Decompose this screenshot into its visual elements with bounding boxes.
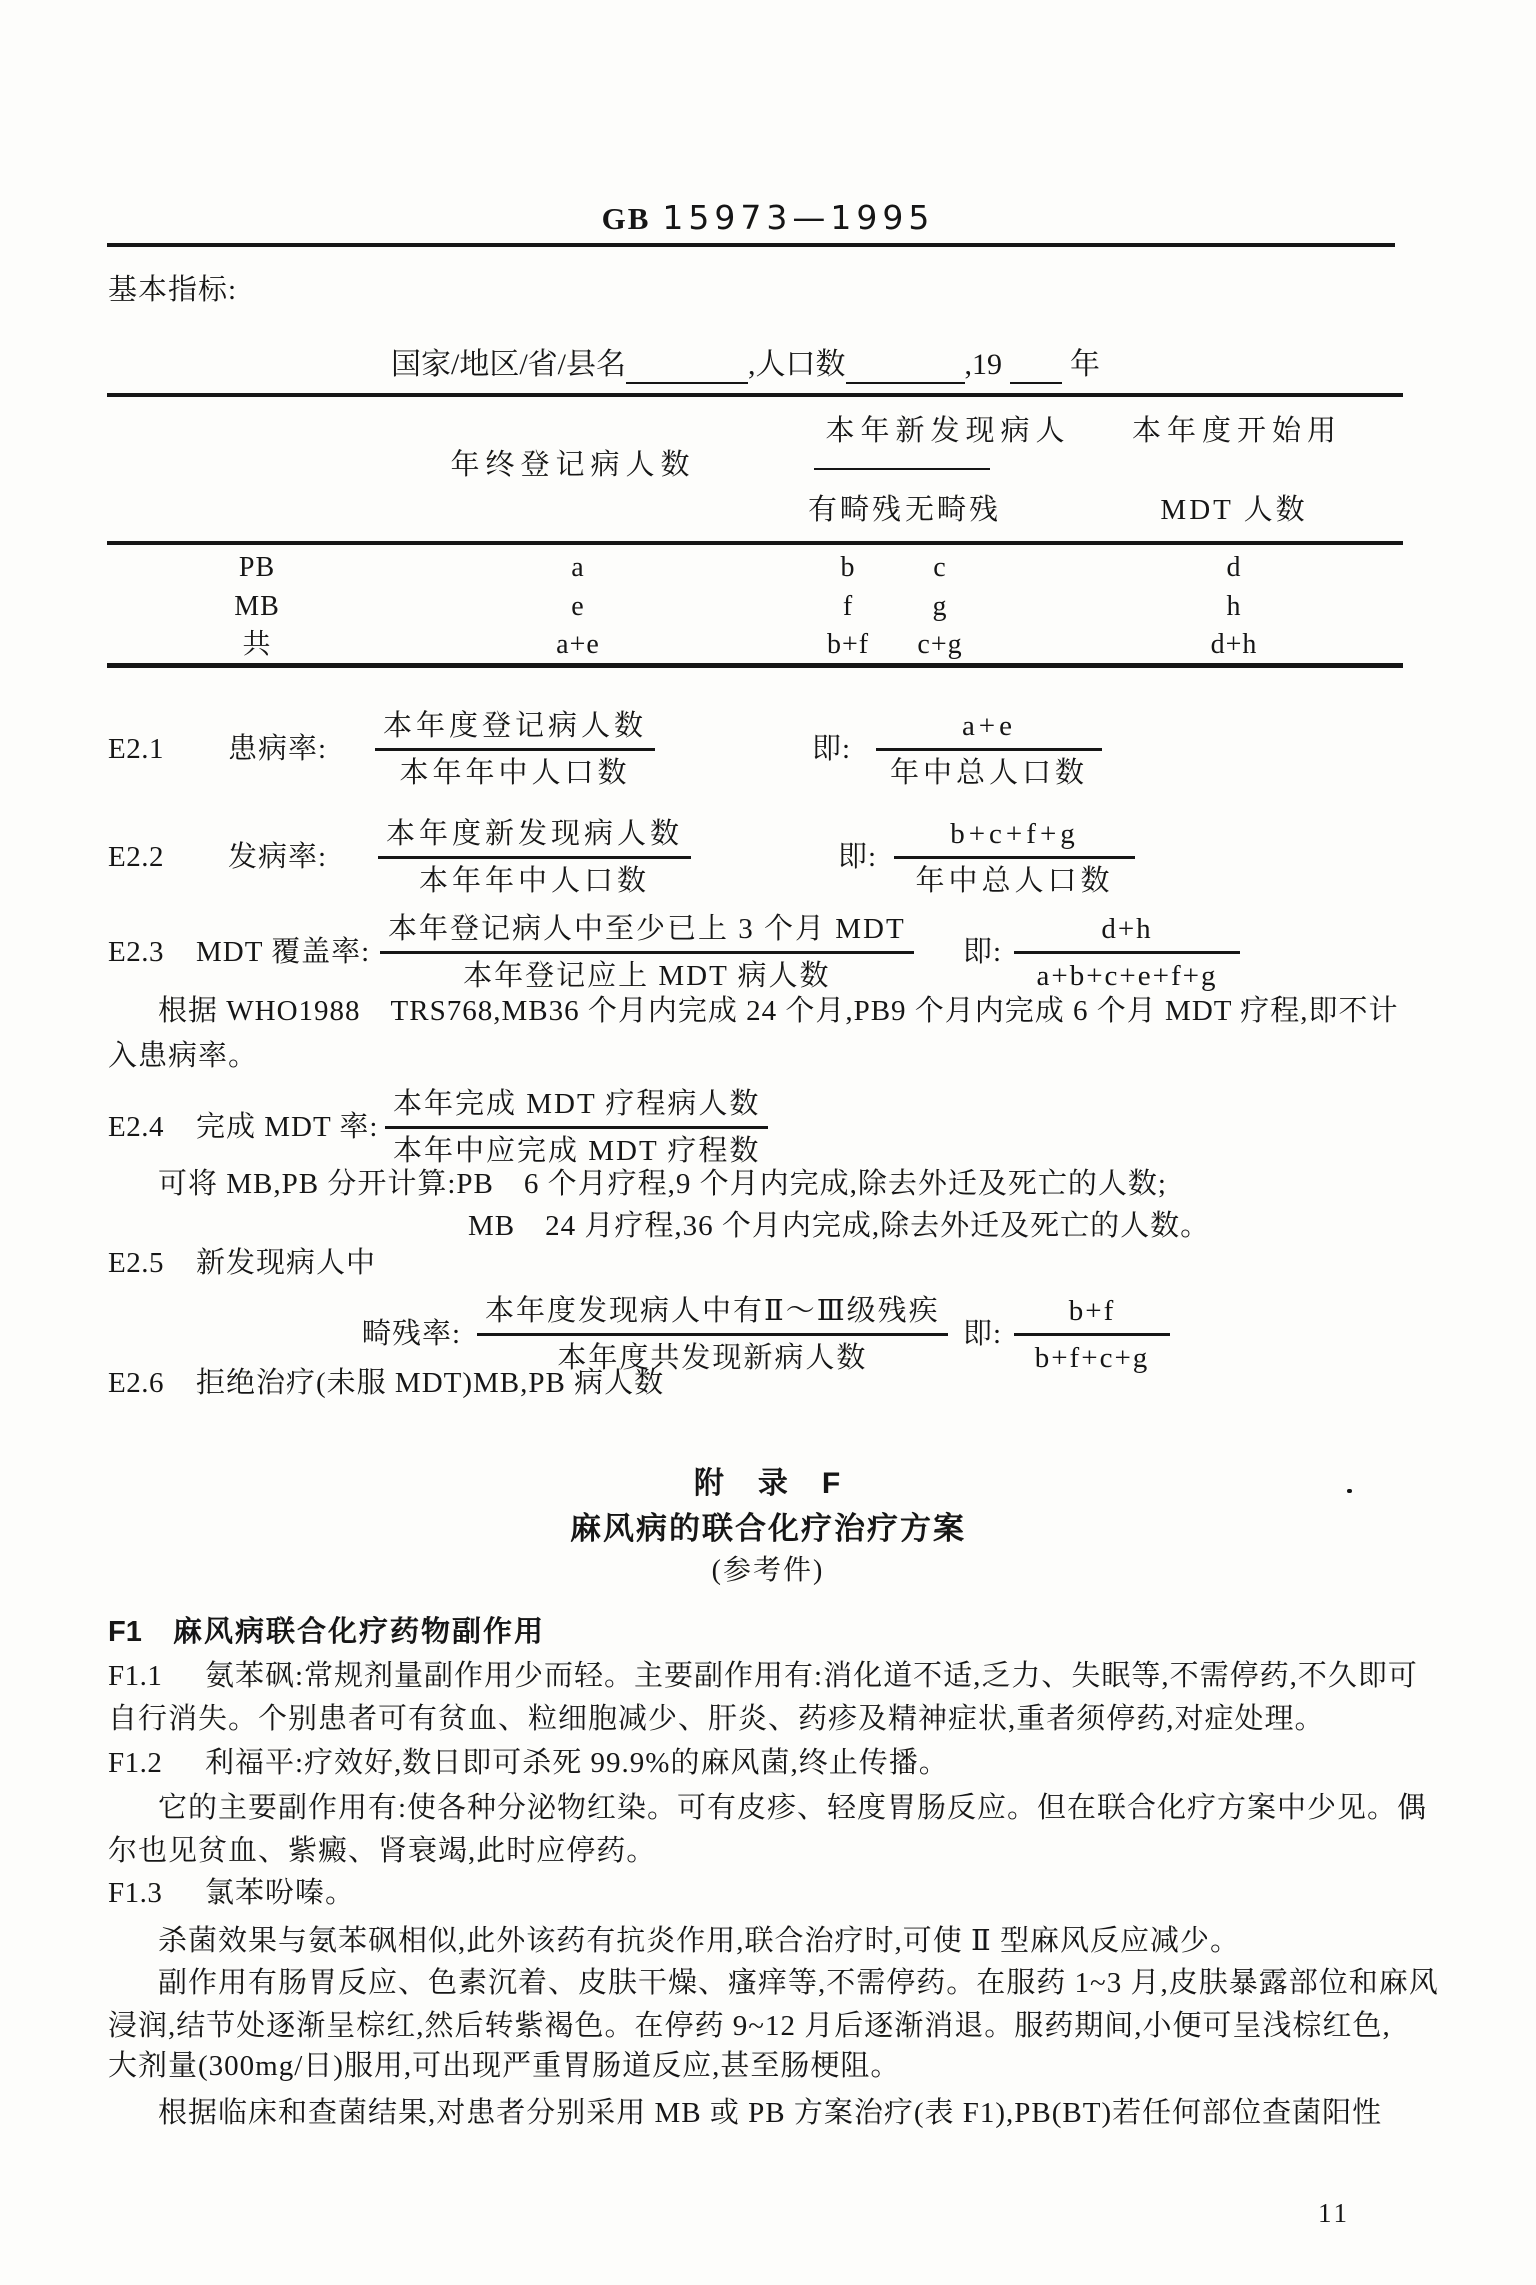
fraction-definition: 本年完成 MDT 疗程病人数 本年中应完成 MDT 疗程数 xyxy=(385,1086,768,1169)
formula-name: 畸残率: xyxy=(362,1316,461,1352)
blank-underline-population xyxy=(846,350,965,384)
standard-code: GB15973—1995 xyxy=(0,198,1536,237)
table-header-rule xyxy=(107,541,1403,545)
table-title-year-prefix: ,19 xyxy=(965,348,1003,381)
fraction-numerator: a+e xyxy=(876,708,1102,751)
table-bottom-rule xyxy=(107,663,1403,668)
fraction-denominator: 本年中应完成 MDT 疗程数 xyxy=(393,1129,760,1169)
blank-underline-year xyxy=(1010,350,1062,384)
fraction-definition: 本年度新发现病人数 本年年中人口数 xyxy=(378,816,691,899)
mdt-note-line2: MB 24 月疗程,36 个月内完成,除去外迁及死亡的人数。 xyxy=(468,1208,1210,1244)
cell-mdt: h xyxy=(1227,590,1242,624)
fraction-denominator: b+f+c+g xyxy=(1035,1336,1150,1376)
paragraph-text: 浸润,结节处逐渐呈棕红,然后转紫褐色。在停药 9~12 月后逐渐消退。服药期间,… xyxy=(108,2008,1391,2044)
fraction-numerator: 本年度新发现病人数 xyxy=(378,816,691,859)
cell-not-disabled: g xyxy=(933,590,948,624)
paragraph-text: 氨苯砜:常规剂量副作用少而轻。主要副作用有:消化道不适,乏力、失眠等,不需停药,… xyxy=(205,1658,1418,1694)
table-title-year: 年 xyxy=(1070,348,1100,381)
section-id: E2.1 xyxy=(108,731,164,767)
col-header-mdt-start: 本年度开始用 xyxy=(1132,413,1342,449)
who-note-line1: 根据 WHO1988 TRS768,MB36 个月内完成 24 个月,PB9 个… xyxy=(158,993,1398,1029)
table-title-population: ,人口数 xyxy=(748,348,846,381)
paragraph-text: 杀菌效果与氨苯砜相似,此外该药有抗炎作用,联合治疗时,可使 Ⅱ 型麻风反应减少。 xyxy=(158,1923,1240,1959)
ie-label: 即: xyxy=(963,934,1002,970)
fraction-denominator: 本年年中人口数 xyxy=(419,859,650,899)
paragraph-label: F1.1 xyxy=(108,1658,162,1694)
row-label: 共 xyxy=(242,628,271,662)
fraction-numerator: 本年登记病人中至少已上 3 个月 MDT xyxy=(380,911,914,954)
cell-mdt: d xyxy=(1227,551,1242,585)
fraction-numerator: 本年度登记病人数 xyxy=(375,708,655,751)
basic-indicators-label: 基本指标: xyxy=(108,272,237,308)
cell-registered: a+e xyxy=(556,628,600,662)
fraction-denominator: 年中总人口数 xyxy=(890,751,1088,791)
fraction-definition: 本年登记病人中至少已上 3 个月 MDT 本年登记应上 MDT 病人数 xyxy=(380,911,914,994)
document-page: GB15973—1995 基本指标: 国家/地区/省/县名,人口数,19年 年终… xyxy=(0,0,1536,2285)
section-id: E2.6 xyxy=(108,1365,164,1401)
section-id: E2.2 xyxy=(108,839,164,875)
fraction-denominator: 本年登记应上 MDT 病人数 xyxy=(463,954,830,994)
paragraph-text: 尔也见贫血、紫癜、肾衰竭,此时应停药。 xyxy=(108,1833,656,1869)
col-header-not-disabled: 无畸残 xyxy=(905,492,1001,528)
row-label: PB xyxy=(239,551,275,585)
fraction-numerator: 本年完成 MDT 疗程病人数 xyxy=(385,1086,768,1129)
section-id: E2.3 xyxy=(108,934,164,970)
table-subheader-rule xyxy=(814,468,990,470)
appendix-subtitle: 麻风病的联合化疗治疗方案 xyxy=(0,1510,1536,1548)
appendix-title: 附 录 F xyxy=(0,1466,1536,1502)
cell-registered: e xyxy=(571,590,584,624)
section-title: 新发现病人中 xyxy=(196,1245,376,1281)
fraction-numerator: b+f xyxy=(1014,1293,1170,1336)
col-header-new-found: 本年新发现病人 xyxy=(825,413,1070,449)
fraction-numerator: b+c+f+g xyxy=(894,816,1135,859)
cell-disabled: b+f xyxy=(827,628,869,662)
fraction-definition: 本年度登记病人数 本年年中人口数 xyxy=(375,708,655,791)
paragraph-text: 副作用有肠胃反应、色素沉着、皮肤干燥、瘙痒等,不需停药。在服药 1~3 月,皮肤… xyxy=(158,1965,1439,2001)
table-top-rule xyxy=(107,393,1403,397)
header-rule xyxy=(107,243,1395,247)
fraction-definition: 本年度发现病人中有Ⅱ～Ⅲ级残疾 本年度共发现新病人数 xyxy=(477,1293,948,1376)
blank-underline-region xyxy=(626,350,748,384)
fraction-numerator: d+h xyxy=(1014,911,1240,954)
standard-number: 15973—1995 xyxy=(662,198,934,237)
fraction-numerator: 本年度发现病人中有Ⅱ～Ⅲ级残疾 xyxy=(477,1293,948,1336)
ie-label: 即: xyxy=(963,1316,1002,1352)
section-id: E2.4 xyxy=(108,1109,164,1145)
section-id: E2.5 xyxy=(108,1245,164,1281)
mdt-note-line1: 可将 MB,PB 分开计算:PB 6 个月疗程,9 个月内完成,除去外迁及死亡的… xyxy=(158,1166,1167,1202)
page-number: 11 xyxy=(1318,2196,1350,2230)
fraction-denominator: 本年年中人口数 xyxy=(400,751,631,791)
paragraph-text: 利福平:疗效好,数日即可杀死 99.9%的麻风菌,终止传播。 xyxy=(205,1745,949,1781)
scan-artifact-dot xyxy=(1347,1489,1352,1493)
row-label: MB xyxy=(234,590,280,624)
formula-name: 发病率: xyxy=(228,839,327,875)
formula-name: MDT 覆盖率: xyxy=(196,934,370,970)
cell-not-disabled: c xyxy=(933,551,946,585)
paragraph-text: 大剂量(300mg/日)服用,可出现严重胃肠道反应,甚至肠梗阻。 xyxy=(108,2048,900,2084)
paragraph-label: F1.2 xyxy=(108,1745,162,1781)
cell-disabled: b xyxy=(841,551,856,585)
paragraph-text: 它的主要副作用有:使各种分泌物红染。可有皮疹、轻度胃肠反应。但在联合化疗方案中少… xyxy=(158,1790,1427,1826)
appendix-note: (参考件) xyxy=(0,1553,1536,1589)
paragraph-text: 根据临床和查菌结果,对患者分别采用 MB 或 PB 方案治疗(表 F1),PB(… xyxy=(158,2095,1382,2131)
ie-label: 即: xyxy=(812,731,851,767)
fraction-symbols: b+f b+f+c+g xyxy=(1014,1293,1170,1376)
col-header-registered: 年终登记病人数 xyxy=(450,447,695,483)
cell-registered: a xyxy=(571,551,584,585)
fraction-denominator: a+b+c+e+f+g xyxy=(1036,954,1217,994)
standard-prefix: GB xyxy=(602,201,651,236)
formula-name: 完成 MDT 率: xyxy=(196,1109,378,1145)
ie-label: 即: xyxy=(838,839,877,875)
fraction-symbols: a+e 年中总人口数 xyxy=(876,708,1102,791)
heading-id: F1 xyxy=(108,1614,142,1650)
who-note-line2: 入患病率。 xyxy=(108,1038,258,1074)
table-title-region: 国家/地区/省/县名 xyxy=(391,348,626,381)
cell-mdt: d+h xyxy=(1211,628,1258,662)
col-header-mdt-count: MDT 人数 xyxy=(1160,492,1307,528)
cell-not-disabled: c+g xyxy=(917,628,962,662)
col-header-disabled: 有畸残 xyxy=(808,492,904,528)
fraction-symbols: b+c+f+g 年中总人口数 xyxy=(894,816,1135,899)
formula-name: 患病率: xyxy=(228,731,327,767)
fraction-denominator: 年中总人口数 xyxy=(915,859,1113,899)
cell-disabled: f xyxy=(843,590,853,624)
fraction-symbols: d+h a+b+c+e+f+g xyxy=(1014,911,1240,994)
paragraph-text: 自行消失。个别患者可有贫血、粒细胞减少、肝炎、药疹及精神症状,重者须停药,对症处… xyxy=(108,1701,1325,1737)
section-text: 拒绝治疗(未服 MDT)MB,PB 病人数 xyxy=(196,1365,664,1401)
table-title: 国家/地区/省/县名,人口数,19年 xyxy=(391,346,1100,384)
paragraph-text: 氯苯吩嗪。 xyxy=(205,1875,355,1911)
paragraph-label: F1.3 xyxy=(108,1875,162,1911)
heading-text: 麻风病联合化疗药物副作用 xyxy=(173,1614,545,1650)
